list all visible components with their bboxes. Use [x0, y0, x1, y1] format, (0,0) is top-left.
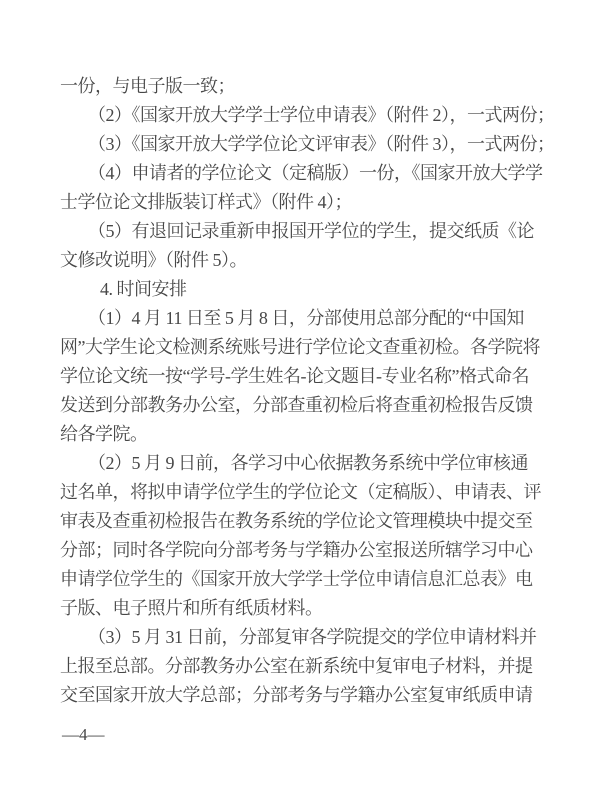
paragraph: 一份，与电子版一致；	[60, 72, 540, 101]
text-line: 分部；同时各学院向分部考务与学籍办公室报送所辖学习中心	[60, 536, 540, 565]
text-line: （1）4 月 11 日至 5 月 8 日，分部使用总部分配的“中国知	[60, 304, 540, 333]
text-line: 申请学位学生的《国家开放大学学士学位申请信息汇总表》电	[60, 565, 540, 594]
text-line: 4. 时间安排	[60, 275, 540, 304]
text-line: 给各学院。	[60, 420, 540, 449]
text-line: 一份，与电子版一致；	[60, 72, 540, 101]
document-page: 一份，与电子版一致；（2）《国家开放大学学士学位申请表》（附件 2），一式两份；…	[0, 0, 597, 794]
paragraph: （4）申请者的学位论文（定稿版）一份，《国家开放大学学士学位论文排版装订样式》（…	[60, 159, 540, 217]
text-line: （3）5 月 31 日前，分部复审各学院提交的学位申请材料并	[60, 623, 540, 652]
text-line: （2）《国家开放大学学士学位申请表》（附件 2），一式两份；	[60, 101, 540, 130]
text-line: 过名单，将拟申请学位学生的学位论文（定稿版）、申请表、评	[60, 478, 540, 507]
text-line: 学位论文统一按“学号-学生姓名-论文题目-专业名称”格式命名	[60, 362, 540, 391]
text-line: （3）《国家开放大学学位论文评审表》（附件 3），一式两份；	[60, 130, 540, 159]
paragraph: （1）4 月 11 日至 5 月 8 日，分部使用总部分配的“中国知网”大学生论…	[60, 304, 540, 449]
document-body: 一份，与电子版一致；（2）《国家开放大学学士学位申请表》（附件 2），一式两份；…	[60, 72, 540, 710]
paragraph: （3）《国家开放大学学位论文评审表》（附件 3），一式两份；	[60, 130, 540, 159]
text-line: 审表及查重初检报告在教务系统的学位论文管理模块中提交至	[60, 507, 540, 536]
text-line: 上报至总部。分部教务办公室在新系统中复审电子材料，并提	[60, 652, 540, 681]
text-line: 交至国家开放大学总部；分部考务与学籍办公室复审纸质申请	[60, 681, 540, 710]
text-line: （4）申请者的学位论文（定稿版）一份，《国家开放大学学	[60, 159, 540, 188]
text-line: 文修改说明》（附件 5）。	[60, 246, 540, 275]
paragraph: 4. 时间安排	[60, 275, 540, 304]
text-line: 网”大学生论文检测系统账号进行学位论文查重初检。各学院将	[60, 333, 540, 362]
text-line: 子版、电子照片和所有纸质材料。	[60, 594, 540, 623]
text-line: （2）5 月 9 日前，各学习中心依据教务系统中学位审核通	[60, 449, 540, 478]
page-number: —4—	[62, 720, 105, 749]
paragraph: （2）5 月 9 日前，各学习中心依据教务系统中学位审核通过名单，将拟申请学位学…	[60, 449, 540, 623]
paragraph: （2）《国家开放大学学士学位申请表》（附件 2），一式两份；	[60, 101, 540, 130]
text-line: 发送到分部教务办公室，分部查重初检后将查重初检报告反馈	[60, 391, 540, 420]
text-line: （5）有退回记录重新申报国开学位的学生，提交纸质《论	[60, 217, 540, 246]
paragraph: （5）有退回记录重新申报国开学位的学生，提交纸质《论文修改说明》（附件 5）。	[60, 217, 540, 275]
text-line: 士学位论文排版装订样式》（附件 4）；	[60, 188, 540, 217]
paragraph: （3）5 月 31 日前，分部复审各学院提交的学位申请材料并上报至总部。分部教务…	[60, 623, 540, 710]
